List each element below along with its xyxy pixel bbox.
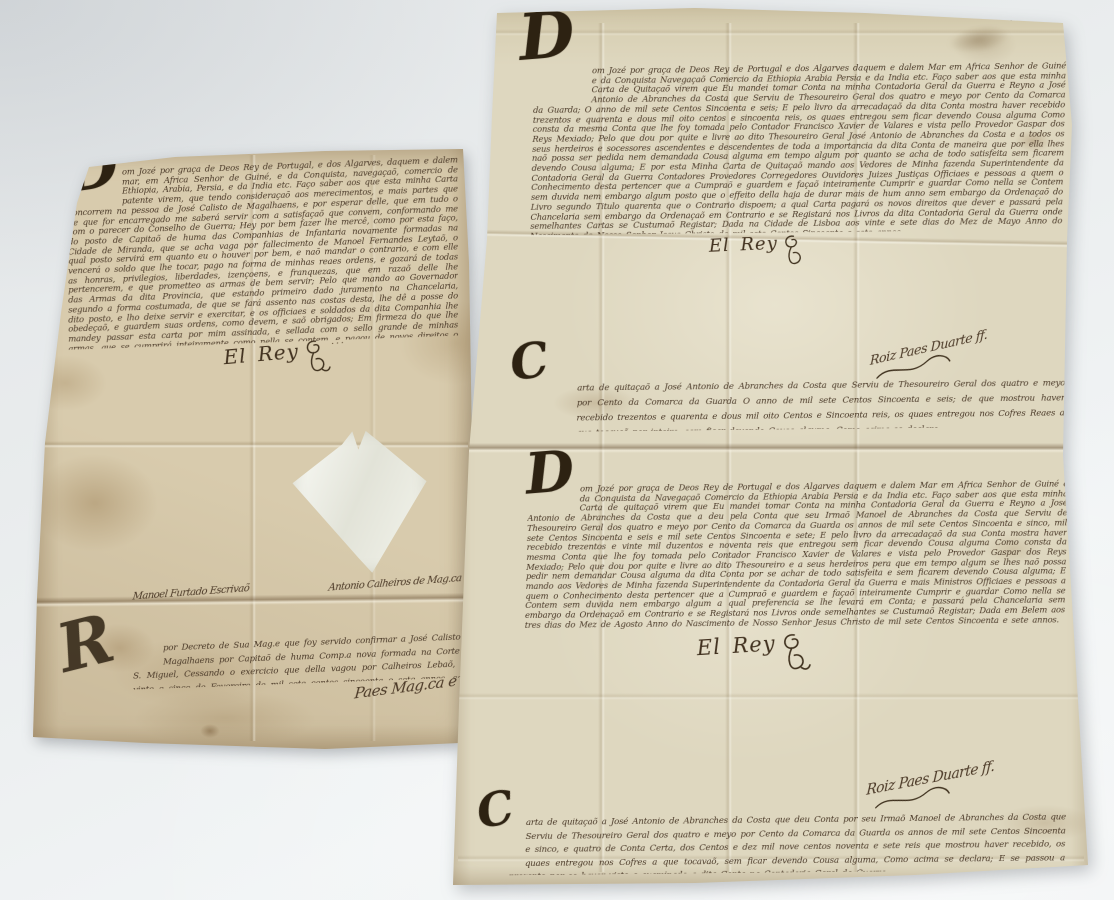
secretary-signature-letter2: Roiz Paes Duarte ff.: [865, 758, 995, 815]
witness-signature-left: Manoel Furtado Escrivaõ: [132, 583, 250, 602]
initial-d-letter1: D: [517, 9, 576, 64]
king-signature-letter2: El Rey: [696, 629, 812, 682]
paper-seal-patch: [291, 429, 430, 576]
ink-dots: ···: [331, 338, 346, 349]
docket2-text: arta de quitaçaõ a José Antonio de Abran…: [509, 811, 1066, 875]
ghost-show-through-writing: Carta patente de Capitao de Infantaria d…: [76, 135, 421, 161]
right-document: 3 № D om Jozé por graça de Deos Rey de P…: [445, 5, 1097, 890]
corner-numero-mark: №: [1010, 11, 1021, 23]
right-document-content: 3 № D om Jozé por graça de Deos Rey de P…: [445, 0, 1106, 891]
letter2-body-text: om Jozé por graça de Deos Rey de Portuga…: [525, 479, 1069, 633]
photo-of-manuscripts: Carta patente de Capitao de Infantaria d…: [0, 0, 1114, 900]
patent-body-text: om Jozé por graça de Deos Rey de Portuga…: [68, 155, 458, 349]
royal-rubric-icon: [778, 629, 813, 677]
royal-rubric-icon: [780, 231, 808, 270]
letter2-body: om Jozé por graça de Deos Rey de Portuga…: [525, 479, 1069, 630]
page-number: 3: [491, 11, 496, 20]
left-document-content: Carta patente de Capitao de Infantaria d…: [24, 129, 498, 755]
initial-c-docket1: C: [508, 340, 552, 384]
docket2-body: arta de quitaçaõ a José Antonio de Abran…: [509, 812, 1066, 875]
royal-rubric-icon: [301, 336, 332, 378]
king-signature-text: El Rey: [696, 631, 776, 660]
right-paper-sheet: 3 № D om Jozé por graça de Deos Rey de P…: [445, 5, 1097, 890]
king-signature-text: El Rey: [708, 233, 778, 257]
docket1-text: arta de quitaçaõ a José Antonio de Abran…: [542, 376, 1065, 431]
patent-body: om Jozé por graça de Deos Rey de Portuga…: [68, 155, 458, 349]
letter1-body-text: om Jozé por graça de Deos Rey de Portuga…: [530, 61, 1066, 235]
letter1-body: om Jozé por graça de Deos Rey de Portuga…: [530, 61, 1066, 235]
witness-signature-right: Antonio Calheiros de Mag.ca: [328, 573, 462, 594]
left-paper-sheet: Carta patente de Capitao de Infantaria d…: [25, 143, 477, 753]
left-document: Carta patente de Capitao de Infantaria d…: [25, 143, 477, 753]
king-signature-letter1: El Rey: [708, 231, 808, 273]
apostille-initial-r: R: [53, 611, 119, 676]
docket1-body: arta de quitaçaõ a José Antonio de Abran…: [576, 378, 1065, 431]
